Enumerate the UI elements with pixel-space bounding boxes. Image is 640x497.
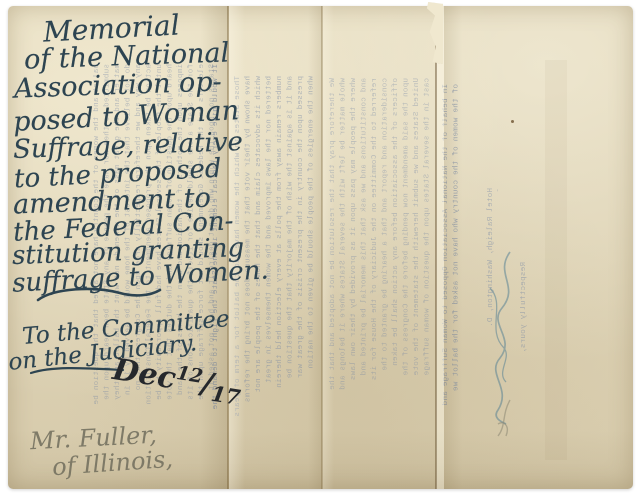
ghost-typed-text-panel-2: Those States in which the women have had… [233,76,319,432]
ghost-typed-text-panel-3: We therefore pray that the resolution be… [328,78,434,432]
ink-flourish [34,285,164,305]
date-day: 12 [175,362,205,388]
ghost-typed-text-panel-4: In behalf of the National Association Op… [441,84,463,424]
document-photo: { "photo": { "frame_color": "#ffffff" },… [0,0,640,497]
pencil-check-mark [492,396,516,440]
date-year: 17 [209,381,242,410]
paper-speck [511,120,514,123]
